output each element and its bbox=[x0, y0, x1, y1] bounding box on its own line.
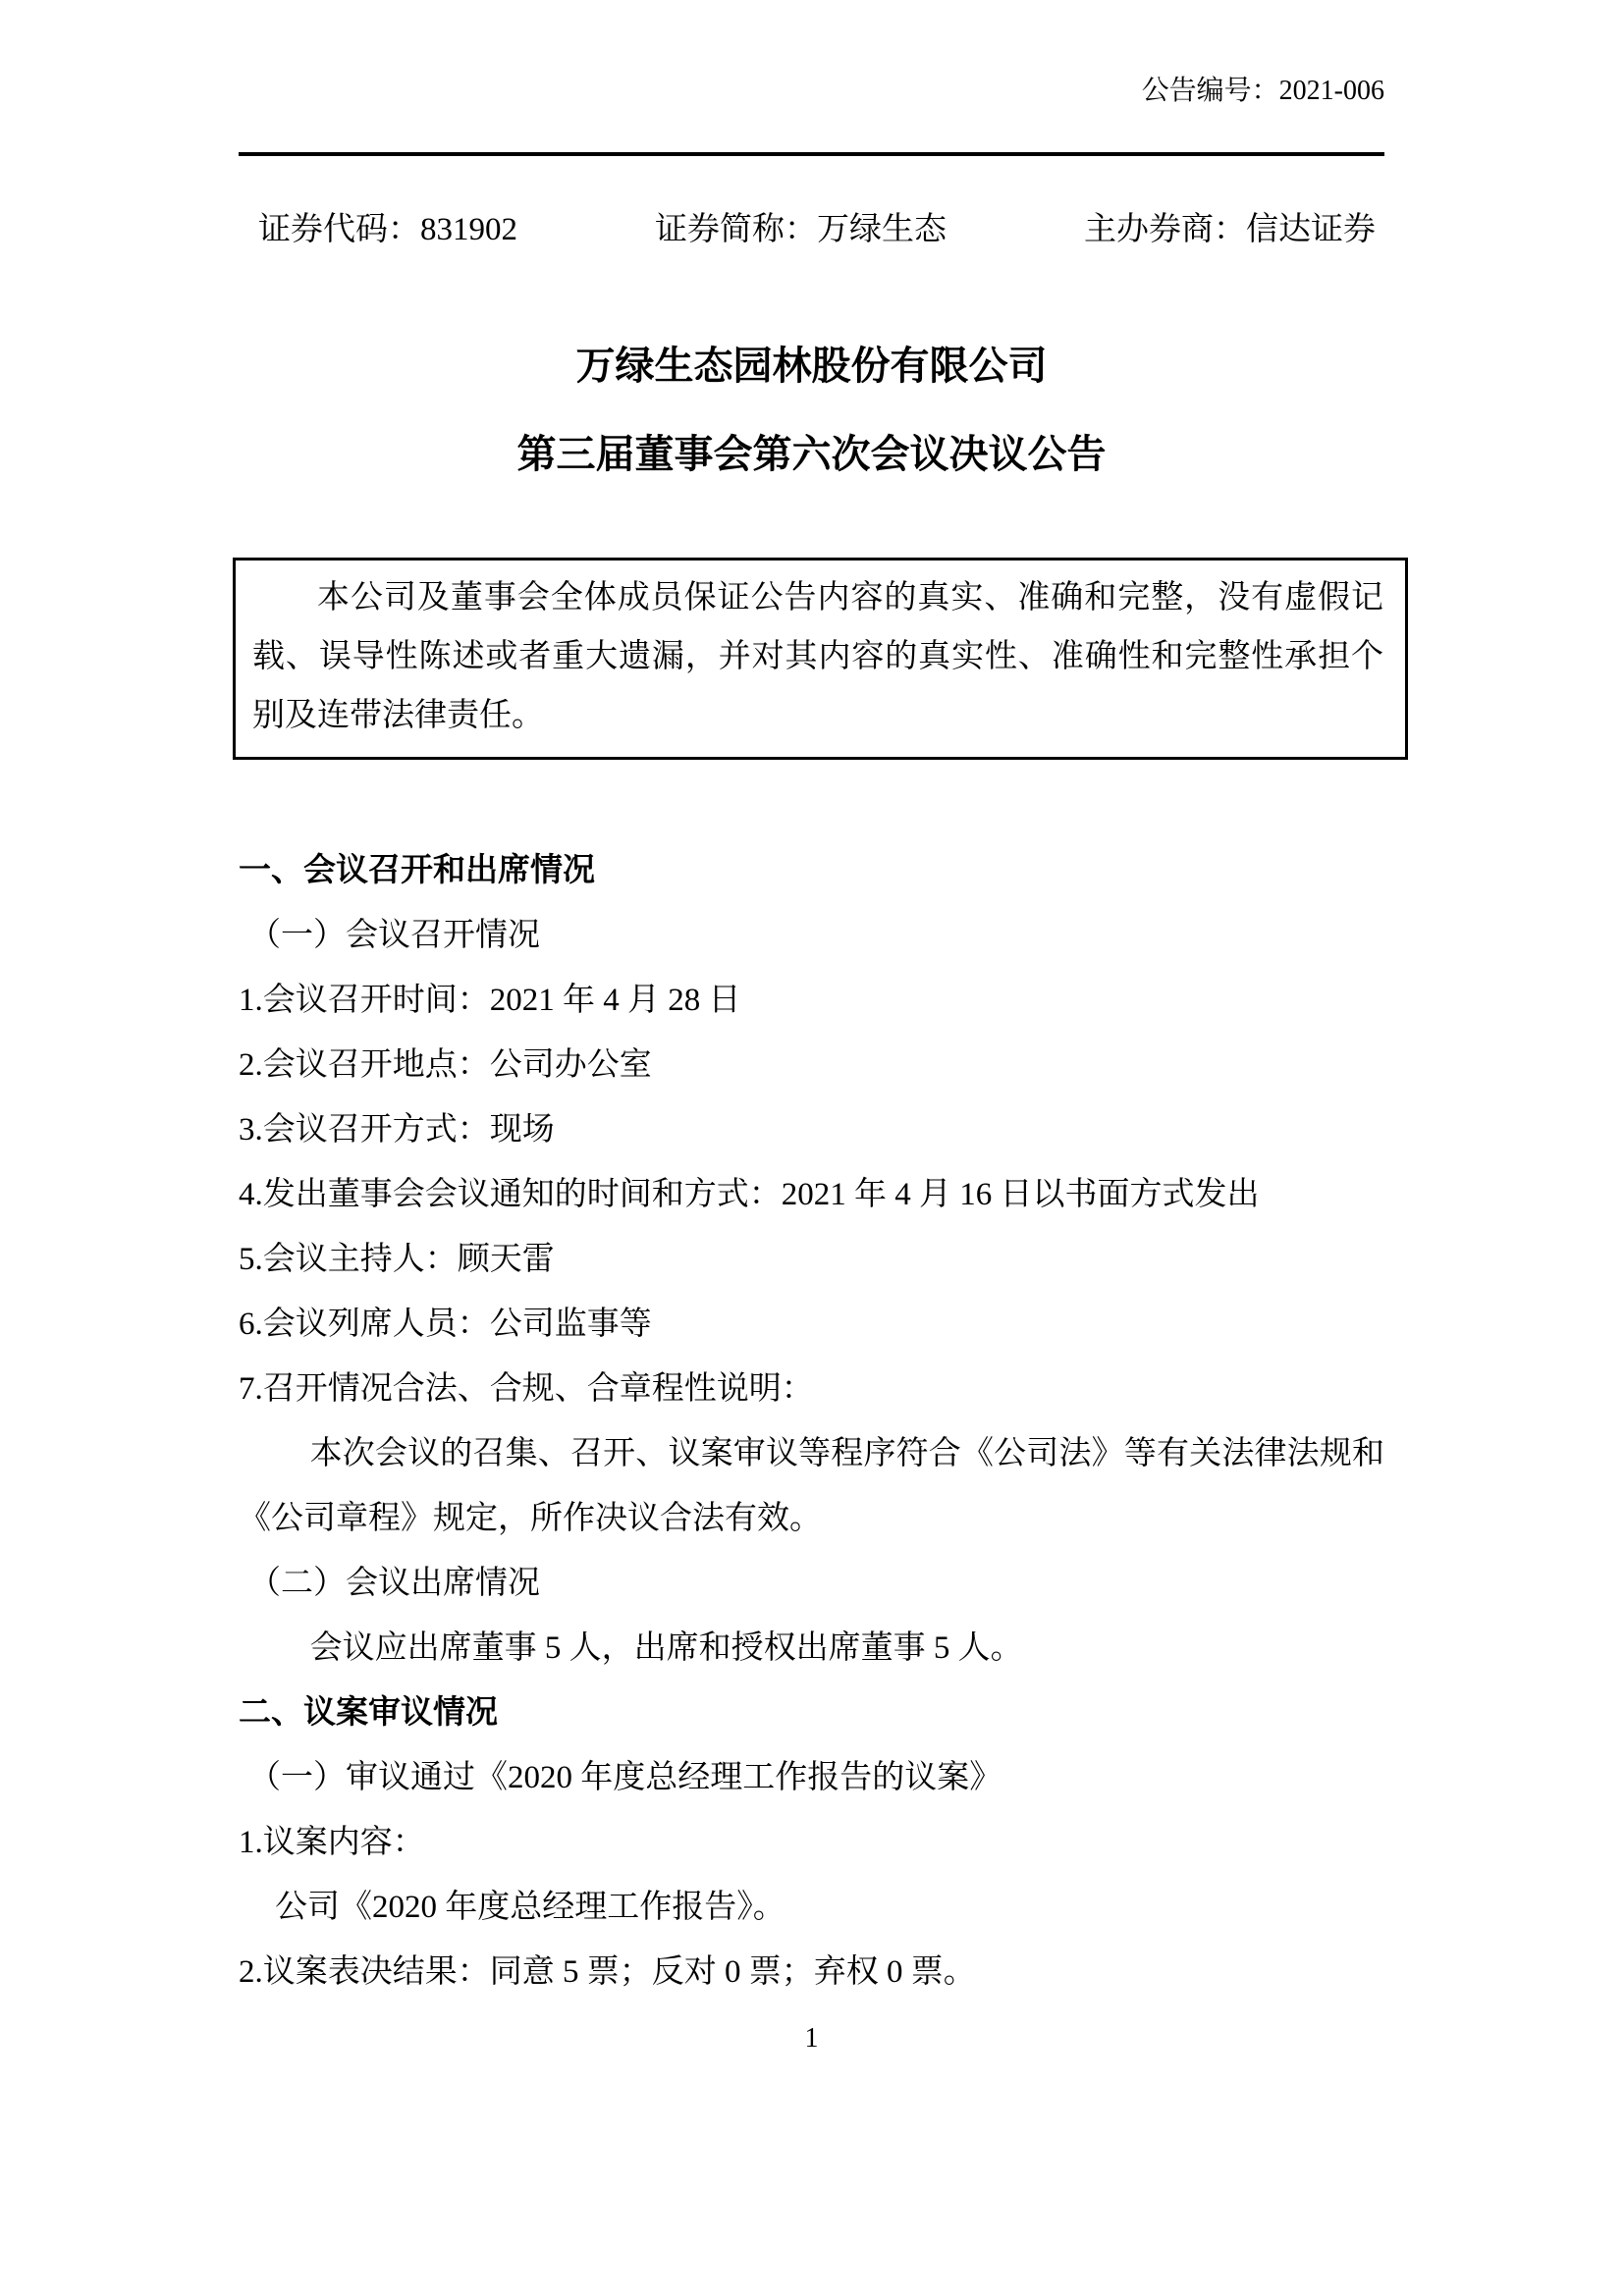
securities-info-row: 证券代码：831902 证券简称：万绿生态 主办券商：信达证券 bbox=[239, 209, 1384, 251]
subsection-heading-2-1: （一）审议通过《2020 年度总经理工作报告的议案》 bbox=[239, 1745, 1384, 1810]
list-item-attendees: 6.会议列席人员：公司监事等 bbox=[239, 1292, 1384, 1357]
legality-paragraph: 本次会议的召集、召开、议案审议等程序符合《公司法》等有关法律法规和《公司章程》规… bbox=[239, 1421, 1384, 1551]
list-item-legality: 7.召开情况合法、合规、合章程性说明： bbox=[239, 1357, 1384, 1421]
header-divider bbox=[239, 152, 1384, 156]
list-item-meeting-time: 1.会议召开时间：2021 年 4 月 28 日 bbox=[239, 968, 1384, 1033]
stock-short-name: 证券简称：万绿生态 bbox=[655, 209, 947, 251]
attendance-paragraph: 会议应出席董事 5 人，出席和授权出席董事 5 人。 bbox=[239, 1616, 1384, 1681]
section-heading-1: 一、会议召开和出席情况 bbox=[239, 838, 1384, 903]
list-item-vote-result: 2.议案表决结果：同意 5 票；反对 0 票；弃权 0 票。 bbox=[239, 1940, 1384, 2004]
stock-code: 证券代码：831902 bbox=[258, 209, 517, 251]
document-title: 第三届董事会第六次会议决议公告 bbox=[239, 431, 1384, 478]
sponsor-broker: 主办券商：信达证券 bbox=[1084, 209, 1376, 251]
announcement-number: 公告编号：2021-006 bbox=[239, 0, 1384, 107]
list-item-meeting-place: 2.会议召开地点：公司办公室 bbox=[239, 1033, 1384, 1097]
section-heading-2: 二、议案审议情况 bbox=[239, 1681, 1384, 1745]
subsection-heading-1-2: （二）会议出席情况 bbox=[239, 1551, 1384, 1616]
list-item-proposal-content: 1.议案内容： bbox=[239, 1810, 1384, 1875]
list-item-notice: 4.发出董事会会议通知的时间和方式：2021 年 4 月 16 日以书面方式发出 bbox=[239, 1162, 1384, 1227]
proposal-content-paragraph: 公司《2020 年度总经理工作报告》。 bbox=[239, 1875, 1384, 1940]
document-page: 公告编号：2021-006 证券代码：831902 证券简称：万绿生态 主办券商… bbox=[0, 0, 1624, 2296]
page-number: 1 bbox=[239, 2022, 1384, 2056]
company-title: 万绿生态园林股份有限公司 bbox=[239, 343, 1384, 390]
disclaimer-text: 本公司及董事会全体成员保证公告内容的真实、准确和完整，没有虚假记载、误导性陈述或… bbox=[252, 568, 1383, 745]
list-item-meeting-method: 3.会议召开方式：现场 bbox=[239, 1097, 1384, 1162]
document-body: 一、会议召开和出席情况 （一）会议召开情况 1.会议召开时间：2021 年 4 … bbox=[239, 838, 1384, 2004]
subsection-heading-1-1: （一）会议召开情况 bbox=[239, 903, 1384, 968]
list-item-chair: 5.会议主持人：顾天雷 bbox=[239, 1227, 1384, 1292]
disclaimer-box: 本公司及董事会全体成员保证公告内容的真实、准确和完整，没有虚假记载、误导性陈述或… bbox=[233, 558, 1408, 760]
